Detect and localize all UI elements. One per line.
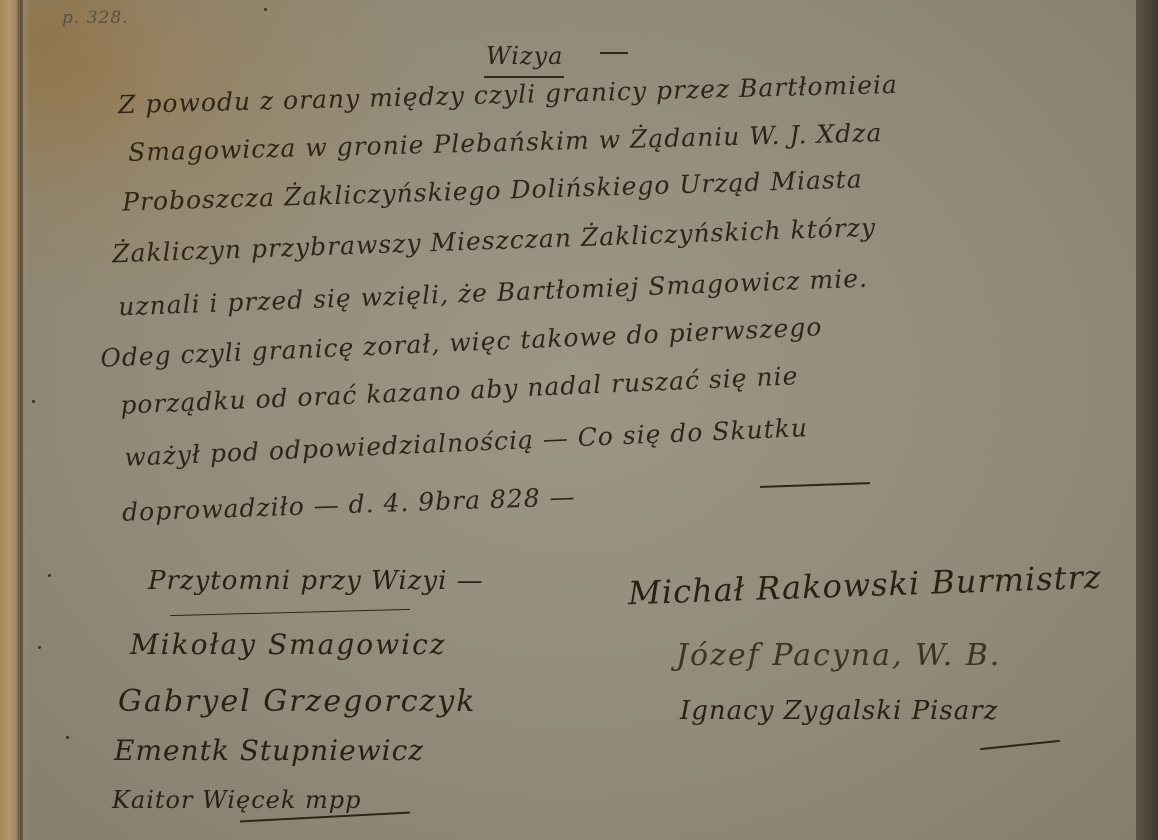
- binding-fold-line: [20, 0, 23, 840]
- witness-signature-4: Kaitor Więcek mpp: [112, 786, 362, 814]
- paper-speck: [66, 736, 69, 739]
- page-right-edge-shadow: [1136, 0, 1158, 840]
- paper-speck: [32, 400, 35, 403]
- manuscript-scan: p. 328. Wizya Z powodu z orany między cz…: [0, 0, 1158, 840]
- witness-signature-3: Ementk Stupniewicz: [114, 734, 424, 767]
- official-signature-2: Józef Pacyna, W. B.: [676, 638, 1001, 673]
- witnesses-heading: Przytomni przy Wizyi —: [148, 566, 484, 596]
- witness-signature-1: Mikołay Smagowicz: [130, 628, 447, 661]
- paper-speck: [38, 646, 41, 649]
- book-binding-edge: [0, 0, 30, 840]
- heading-dash: [600, 52, 628, 54]
- witness-signature-2: Gabryel Grzegorczyk: [118, 684, 476, 719]
- heading-underline: [484, 76, 564, 78]
- paper-speck: [264, 8, 267, 11]
- document-heading: Wizya: [486, 42, 563, 70]
- official-signature-3: Ignacy Zygalski Pisarz: [680, 696, 998, 726]
- paper-speck: [48, 574, 51, 577]
- page-reference: p. 328.: [62, 8, 129, 28]
